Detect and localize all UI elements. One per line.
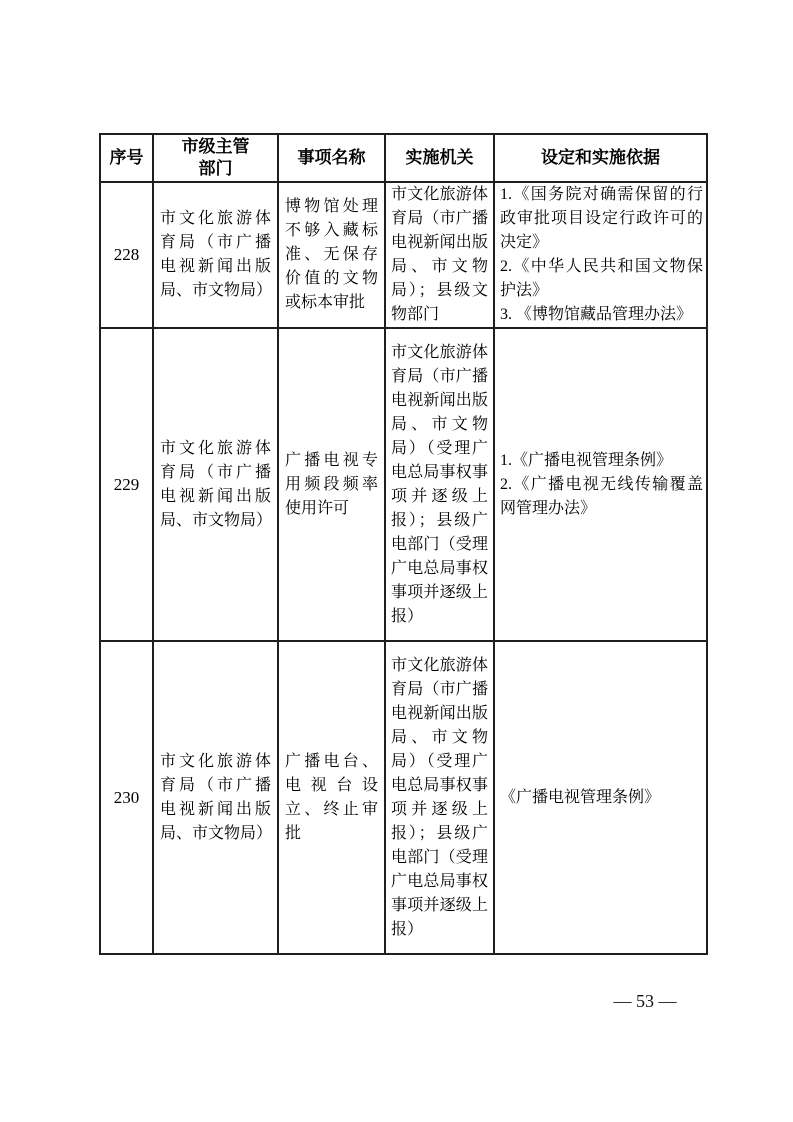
header-setting-basis: 设定和实施依据 — [494, 134, 707, 182]
serial-number-cell: 229 — [100, 328, 153, 641]
table-row: 228 市文化旅游体育局（市广播电视新闻出版局、市文物局） 博物馆处理不够入藏标… — [100, 182, 707, 328]
table-row: 230 市文化旅游体育局（市广播电视新闻出版局、市文物局） 广播电台、电视台设立… — [100, 641, 707, 954]
basis-item: 2.《广播电视无线传输覆盖网管理办法》 — [500, 473, 703, 521]
basis-item: 3. 《博物馆藏品管理办法》 — [500, 303, 703, 327]
basis-item: 1.《国务院对确需保留的行政审批项目设定行政许可的决定》 — [500, 183, 703, 255]
header-item-name: 事项名称 — [278, 134, 385, 182]
department-cell: 市文化旅游体育局（市广播电视新闻出版局、市文物局） — [153, 328, 278, 641]
page-number: — 53 — — [595, 991, 695, 1012]
serial-number-cell: 228 — [100, 182, 153, 328]
basis-item: 2.《中华人民共和国文物保护法》 — [500, 255, 703, 303]
department-cell: 市文化旅游体育局（市广播电视新闻出版局、市文物局） — [153, 182, 278, 328]
authority-cell: 市文化旅游体育局（市广播电视新闻出版局、市文物局）（受理广电总局事权事项并逐级上… — [385, 328, 494, 641]
document-page: 序号 市级主管 部门 事项名称 实施机关 设定和实施依据 228 市文化旅游体育… — [0, 0, 793, 1122]
basis-item: 1.《广播电视管理条例》 — [500, 449, 703, 473]
header-serial-number: 序号 — [100, 134, 153, 182]
header-implementing-authority: 实施机关 — [385, 134, 494, 182]
item-name-cell: 广播电台、电视台设立、终止审批 — [278, 641, 385, 954]
serial-number-cell: 230 — [100, 641, 153, 954]
department-cell: 市文化旅游体育局（市广播电视新闻出版局、市文物局） — [153, 641, 278, 954]
item-name-cell: 广播电视专用频段频率使用许可 — [278, 328, 385, 641]
table-header-row: 序号 市级主管 部门 事项名称 实施机关 设定和实施依据 — [100, 134, 707, 182]
authority-cell: 市文化旅游体育局（市广播电视新闻出版局、市文物局）；县级文物部门 — [385, 182, 494, 328]
header-municipal-department: 市级主管 部门 — [153, 134, 278, 182]
basis-cell: 1.《国务院对确需保留的行政审批项目设定行政许可的决定》 2.《中华人民共和国文… — [494, 182, 707, 328]
item-name-cell: 博物馆处理不够入藏标准、无保存价值的文物或标本审批 — [278, 182, 385, 328]
approval-items-table: 序号 市级主管 部门 事项名称 实施机关 设定和实施依据 228 市文化旅游体育… — [99, 133, 708, 955]
basis-item: 《广播电视管理条例》 — [500, 786, 703, 810]
authority-cell: 市文化旅游体育局（市广播电视新闻出版局、市文物局）（受理广电总局事权事项并逐级上… — [385, 641, 494, 954]
basis-cell: 《广播电视管理条例》 — [494, 641, 707, 954]
basis-cell: 1.《广播电视管理条例》 2.《广播电视无线传输覆盖网管理办法》 — [494, 328, 707, 641]
table-row: 229 市文化旅游体育局（市广播电视新闻出版局、市文物局） 广播电视专用频段频率… — [100, 328, 707, 641]
